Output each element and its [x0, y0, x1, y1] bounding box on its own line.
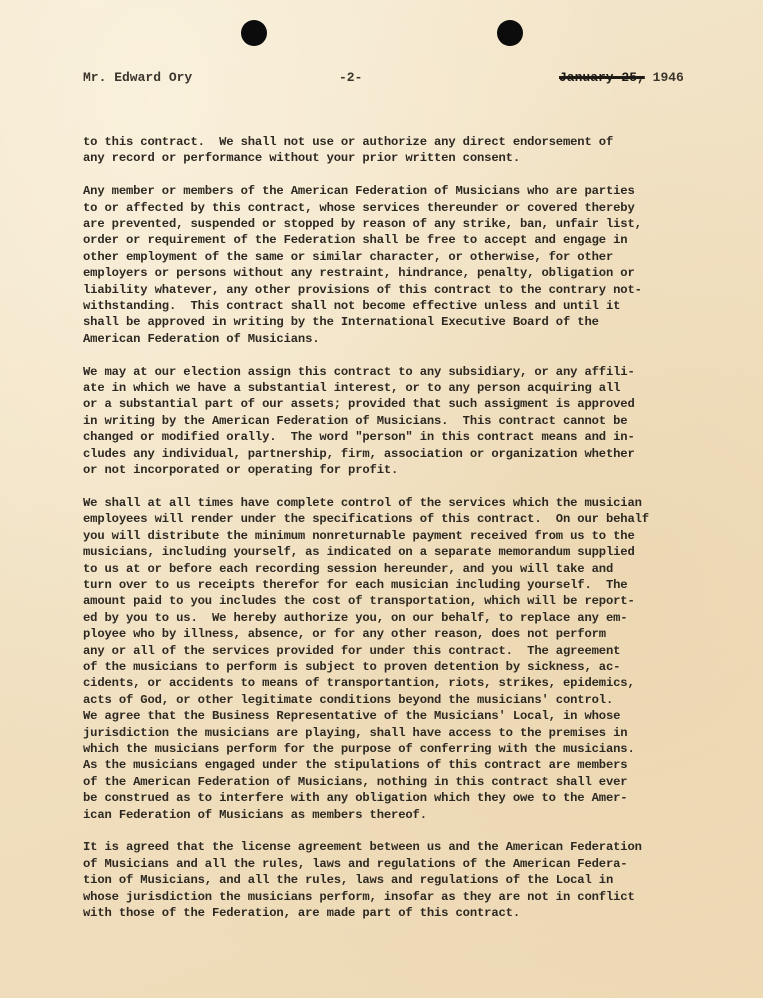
text-line: whose jurisdiction the musicians perform…	[83, 889, 723, 905]
text-line: ate in which we have a substantial inter…	[83, 380, 723, 396]
paragraph-5: It is agreed that the license agreement …	[83, 839, 723, 921]
text-line: We agree that the Business Representativ…	[83, 708, 723, 724]
text-line: to us at or before each recording sessio…	[83, 561, 723, 577]
text-line: changed or modified orally. The word "pe…	[83, 429, 723, 445]
text-line: any record or performance without your p…	[83, 150, 723, 166]
text-line: or a substantial part of our assets; pro…	[83, 396, 723, 412]
text-line: employers or persons without any restrai…	[83, 265, 723, 281]
letter-header: Mr. Edward Ory -2- January 25, 1946	[83, 70, 643, 88]
text-line: ployee who by illness, absence, or for a…	[83, 626, 723, 642]
text-line: amount paid to you includes the cost of …	[83, 593, 723, 609]
recipient-name: Mr. Edward Ory	[83, 70, 192, 85]
text-line: American Federation of Musicians.	[83, 331, 723, 347]
text-line: in writing by the American Federation of…	[83, 413, 723, 429]
text-line: ican Federation of Musicians as members …	[83, 807, 723, 823]
text-line: you will distribute the minimum nonretur…	[83, 528, 723, 544]
text-line: employees will render under the specific…	[83, 511, 723, 527]
text-line: any or all of the services provided for …	[83, 643, 723, 659]
text-line: acts of God, or other legitimate conditi…	[83, 692, 723, 708]
text-line: musicians, including yourself, as indica…	[83, 544, 723, 560]
punch-hole-left	[241, 20, 267, 46]
paragraph-1: to this contract. We shall not use or au…	[83, 134, 723, 167]
text-line: of the musicians to perform is subject t…	[83, 659, 723, 675]
text-line: tion of Musicians, and all the rules, la…	[83, 872, 723, 888]
text-line: withstanding. This contract shall not be…	[83, 298, 723, 314]
text-line: cidents, or accidents to means of transp…	[83, 675, 723, 691]
text-line: We may at our election assign this contr…	[83, 364, 723, 380]
text-line: cludes any individual, partnership, firm…	[83, 446, 723, 462]
text-line: be construed as to interfere with any ob…	[83, 790, 723, 806]
text-line: It is agreed that the license agreement …	[83, 839, 723, 855]
text-line: jurisdiction the musicians are playing, …	[83, 725, 723, 741]
text-line: order or requirement of the Federation s…	[83, 232, 723, 248]
paragraph-4: We shall at all times have complete cont…	[83, 495, 723, 823]
punch-hole-right	[497, 20, 523, 46]
text-line: to or affected by this contract, whose s…	[83, 200, 723, 216]
text-line: Any member or members of the American Fe…	[83, 183, 723, 199]
text-line: of the American Federation of Musicians,…	[83, 774, 723, 790]
text-line: other employment of the same or similar …	[83, 249, 723, 265]
letter-body: to this contract. We shall not use or au…	[83, 134, 723, 938]
text-line: turn over to us receipts therefor for ea…	[83, 577, 723, 593]
struck-out-date: January 25,	[559, 70, 645, 85]
text-line: ed by you to us. We hereby authorize you…	[83, 610, 723, 626]
letter-page: Mr. Edward Ory -2- January 25, 1946 to t…	[0, 0, 763, 998]
text-line: As the musicians engaged under the stipu…	[83, 757, 723, 773]
paragraph-3: We may at our election assign this contr…	[83, 364, 723, 479]
paragraph-2: Any member or members of the American Fe…	[83, 183, 723, 347]
page-number: -2-	[339, 70, 362, 85]
text-line: with those of the Federation, are made p…	[83, 905, 723, 921]
text-line: liability whatever, any other provisions…	[83, 282, 723, 298]
text-line: to this contract. We shall not use or au…	[83, 134, 723, 150]
text-line: of Musicians and all the rules, laws and…	[83, 856, 723, 872]
text-line: are prevented, suspended or stopped by r…	[83, 216, 723, 232]
date-year: 1946	[653, 70, 684, 85]
text-line: which the musicians perform for the purp…	[83, 741, 723, 757]
text-line: shall be approved in writing by the Inte…	[83, 314, 723, 330]
letter-date: January 25, 1946	[559, 70, 684, 85]
text-line: We shall at all times have complete cont…	[83, 495, 723, 511]
text-line: or not incorporated or operating for pro…	[83, 462, 723, 478]
